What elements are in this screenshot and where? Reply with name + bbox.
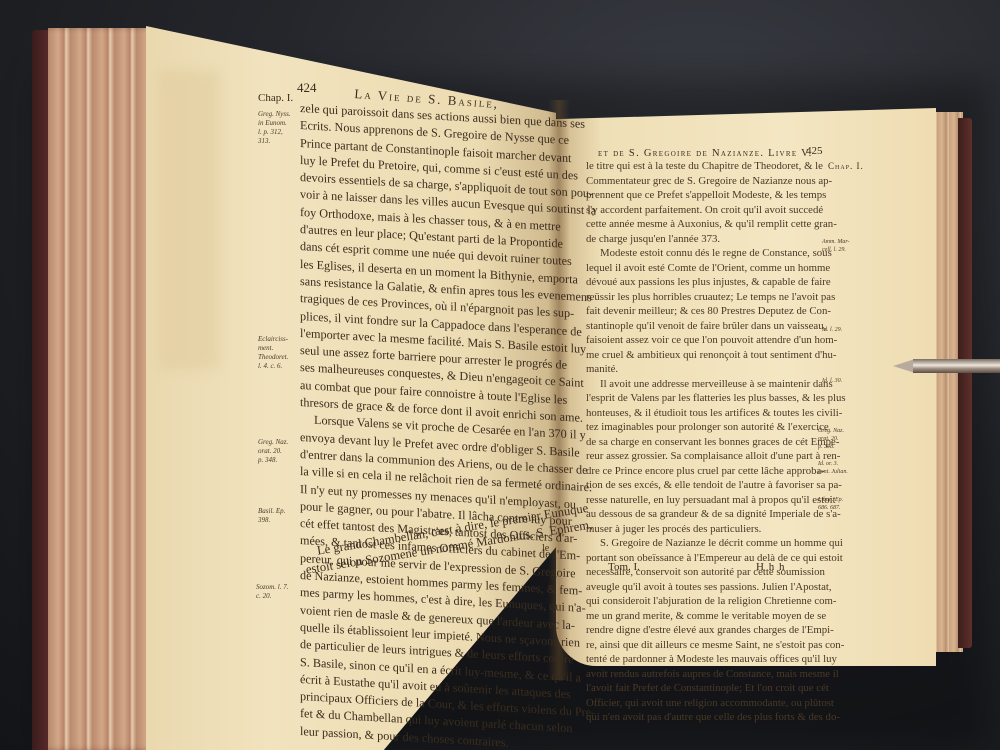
- margin-note-line: Id. or. 3.: [818, 460, 848, 468]
- text-line: reüssir les plus horribles cruautez; Le …: [586, 290, 846, 305]
- margin-note: Greg. Nyss. in Eunom. l. p. 312, 313.: [258, 110, 291, 146]
- margin-note-line: Theodoret.: [258, 353, 288, 362]
- margin-note-line: l. p. 312,: [258, 128, 291, 137]
- text-line: rendre digne d'estre élevé aux grandes c…: [586, 623, 846, 638]
- right-running-head: et de S. Gregoire de Nazianze. Livre V.: [598, 148, 813, 159]
- text-line: resse naturelle, en luy persuadant mal à…: [586, 493, 846, 508]
- text-line: Modeste estoit connu dés le regne de Con…: [586, 246, 846, 261]
- margin-note: Sozom. l. 7. c. 20.: [256, 583, 288, 601]
- margin-note: Liban. Ep. 686. 687.: [818, 496, 843, 512]
- margin-note-line: Liban. Ep.: [818, 496, 843, 504]
- text-line: tenté de pardonner à Modeste les mauvais…: [586, 652, 846, 667]
- margin-note-line: Greg. Naz.: [818, 427, 844, 435]
- text-line: me cruel & ambitieux qui renonçoit à tou…: [586, 348, 846, 363]
- text-line: de charge jusqu'en l'année 373.: [586, 232, 846, 247]
- left-chapter-label: Chap. I.: [258, 92, 293, 104]
- water-stain: [160, 70, 220, 370]
- margin-note-line: p. 348.: [818, 443, 844, 451]
- margin-note-line: Eclairciss-: [258, 335, 288, 344]
- text-line: cette année mesme à Auxonius, & qu'il re…: [586, 217, 846, 232]
- text-line: Officier, qui avoit une religion accommo…: [586, 696, 846, 711]
- text-line: re, ainsi que dit ailleurs ce mesme Sain…: [586, 638, 846, 653]
- margin-note-line: Basil. Ep.: [258, 507, 285, 516]
- text-line: Il avoit une addresse merveilleuse à se …: [586, 377, 846, 392]
- margin-note-line: orat. 20.: [258, 447, 288, 456]
- left-fore-edge: [48, 28, 154, 750]
- margin-note-line: l. 4. c. 6.: [258, 362, 288, 371]
- margin-note: Eclairciss- ment. Theodoret. l. 4. c. 6.: [258, 335, 288, 371]
- text-line: dévoué aux passions les plus injustes, &…: [586, 275, 846, 290]
- margin-note-line: p. 348.: [258, 456, 288, 465]
- text-line: aveugle qu'il avoit à toutes ses passion…: [586, 580, 846, 595]
- margin-note-line: cell. l. 29.: [822, 246, 850, 254]
- text-line: avoit rendus autrefois aupres de Constan…: [586, 667, 846, 682]
- text-line: au dessous de sa grandeur & de sa dignit…: [586, 507, 846, 522]
- text-line: prennent que ce Prefet s'appelloit Modes…: [586, 188, 846, 203]
- text-line: l'avoit fait Prefet de Constantinople; E…: [586, 681, 846, 696]
- right-page-body: le titre qui est à la teste du Chapitre …: [586, 159, 846, 725]
- right-page-number: 425: [806, 145, 823, 157]
- margin-note-line: 398.: [258, 516, 285, 525]
- text-line: me un grand merite, & comme le veritable…: [586, 609, 846, 624]
- text-line: dre ce Prince encore plus cruel par cett…: [586, 464, 846, 479]
- metal-pointer: [893, 355, 1000, 377]
- margin-note-line: cont. Julian.: [818, 468, 848, 476]
- left-page-number: 424: [297, 80, 317, 96]
- volume-label: Tom. I.: [608, 561, 640, 573]
- margin-note: Greg. Naz. orat. 20. p. 348.: [258, 438, 288, 465]
- text-line: le titre qui est à la teste du Chapitre …: [586, 159, 846, 174]
- signature-mark: H h h: [756, 561, 785, 573]
- margin-note: Greg. Naz. orat. 20. p. 348.: [818, 427, 844, 451]
- pointer-tip: [893, 359, 915, 373]
- margin-note-line: in Eunom.: [258, 119, 291, 128]
- text-line: qui n'en avoit pas d'autre que celle des…: [586, 710, 846, 725]
- margin-note: Amm. Mar- cell. l. 29.: [822, 238, 850, 254]
- text-line: honteuses, & il étudioit tous les artifi…: [586, 406, 846, 421]
- margin-note-line: orat. 20.: [818, 435, 844, 443]
- margin-note-line: Id. l. 30.: [822, 377, 842, 386]
- margin-note-line: Greg. Nyss.: [258, 110, 291, 119]
- margin-note-line: c. 20.: [256, 592, 288, 601]
- margin-note: Id. or. 3. cont. Julian.: [818, 460, 848, 476]
- left-page-body: zele qui paroissoit dans ses actions aus…: [300, 100, 596, 750]
- margin-note: Id. l. 29.: [822, 326, 842, 335]
- text-line: l'esprit de Valens par les flatteries le…: [586, 391, 846, 406]
- text-line: manité.: [586, 362, 846, 377]
- margin-note-line: ment.: [258, 344, 288, 353]
- text-line: s'y accordent parfaitement. On croit qu'…: [586, 203, 846, 218]
- text-line: Commentateur grec de S. Gregoire de Nazi…: [586, 174, 846, 189]
- margin-note: Id. l. 30.: [822, 377, 842, 386]
- margin-note-line: Id. l. 29.: [822, 326, 842, 335]
- margin-note-line: Sozom. l. 7.: [256, 583, 288, 592]
- margin-note-line: 313.: [258, 137, 291, 146]
- text-line: de sa charge en conservant les bonnes gr…: [586, 435, 846, 450]
- margin-note-line: Greg. Naz.: [258, 438, 288, 447]
- text-line: tion de ses excés, & elle tendoit de l'a…: [586, 478, 846, 493]
- text-line: qui consideroit l'abjuration de la relig…: [586, 594, 846, 609]
- text-line: reur assez grossier. Sa complaisance all…: [586, 449, 846, 464]
- margin-note-line: 686. 687.: [818, 504, 843, 512]
- pointer-shaft: [913, 359, 1000, 373]
- text-line: fait devenir meilleur; & ces 80 Prestres…: [586, 304, 846, 319]
- margin-note: Basil. Ep. 398.: [258, 507, 285, 525]
- text-line: muser à juger les procés des particulier…: [586, 522, 846, 537]
- text-line: stantinople qu'il venoit de faire brûler…: [586, 319, 846, 334]
- margin-note-line: Amm. Mar-: [822, 238, 850, 246]
- catchword: le: [542, 543, 549, 554]
- text-line: faisoient assez voir ce que l'on pouvoit…: [586, 333, 846, 348]
- text-line: lequel il avoit esté Comte de l'Orient, …: [586, 261, 846, 276]
- right-leather-cover: [958, 118, 972, 648]
- text-line: tez imaginables pour prolonger son autor…: [586, 420, 846, 435]
- text-line: S. Gregoire de Nazianze le décrit comme …: [586, 536, 846, 551]
